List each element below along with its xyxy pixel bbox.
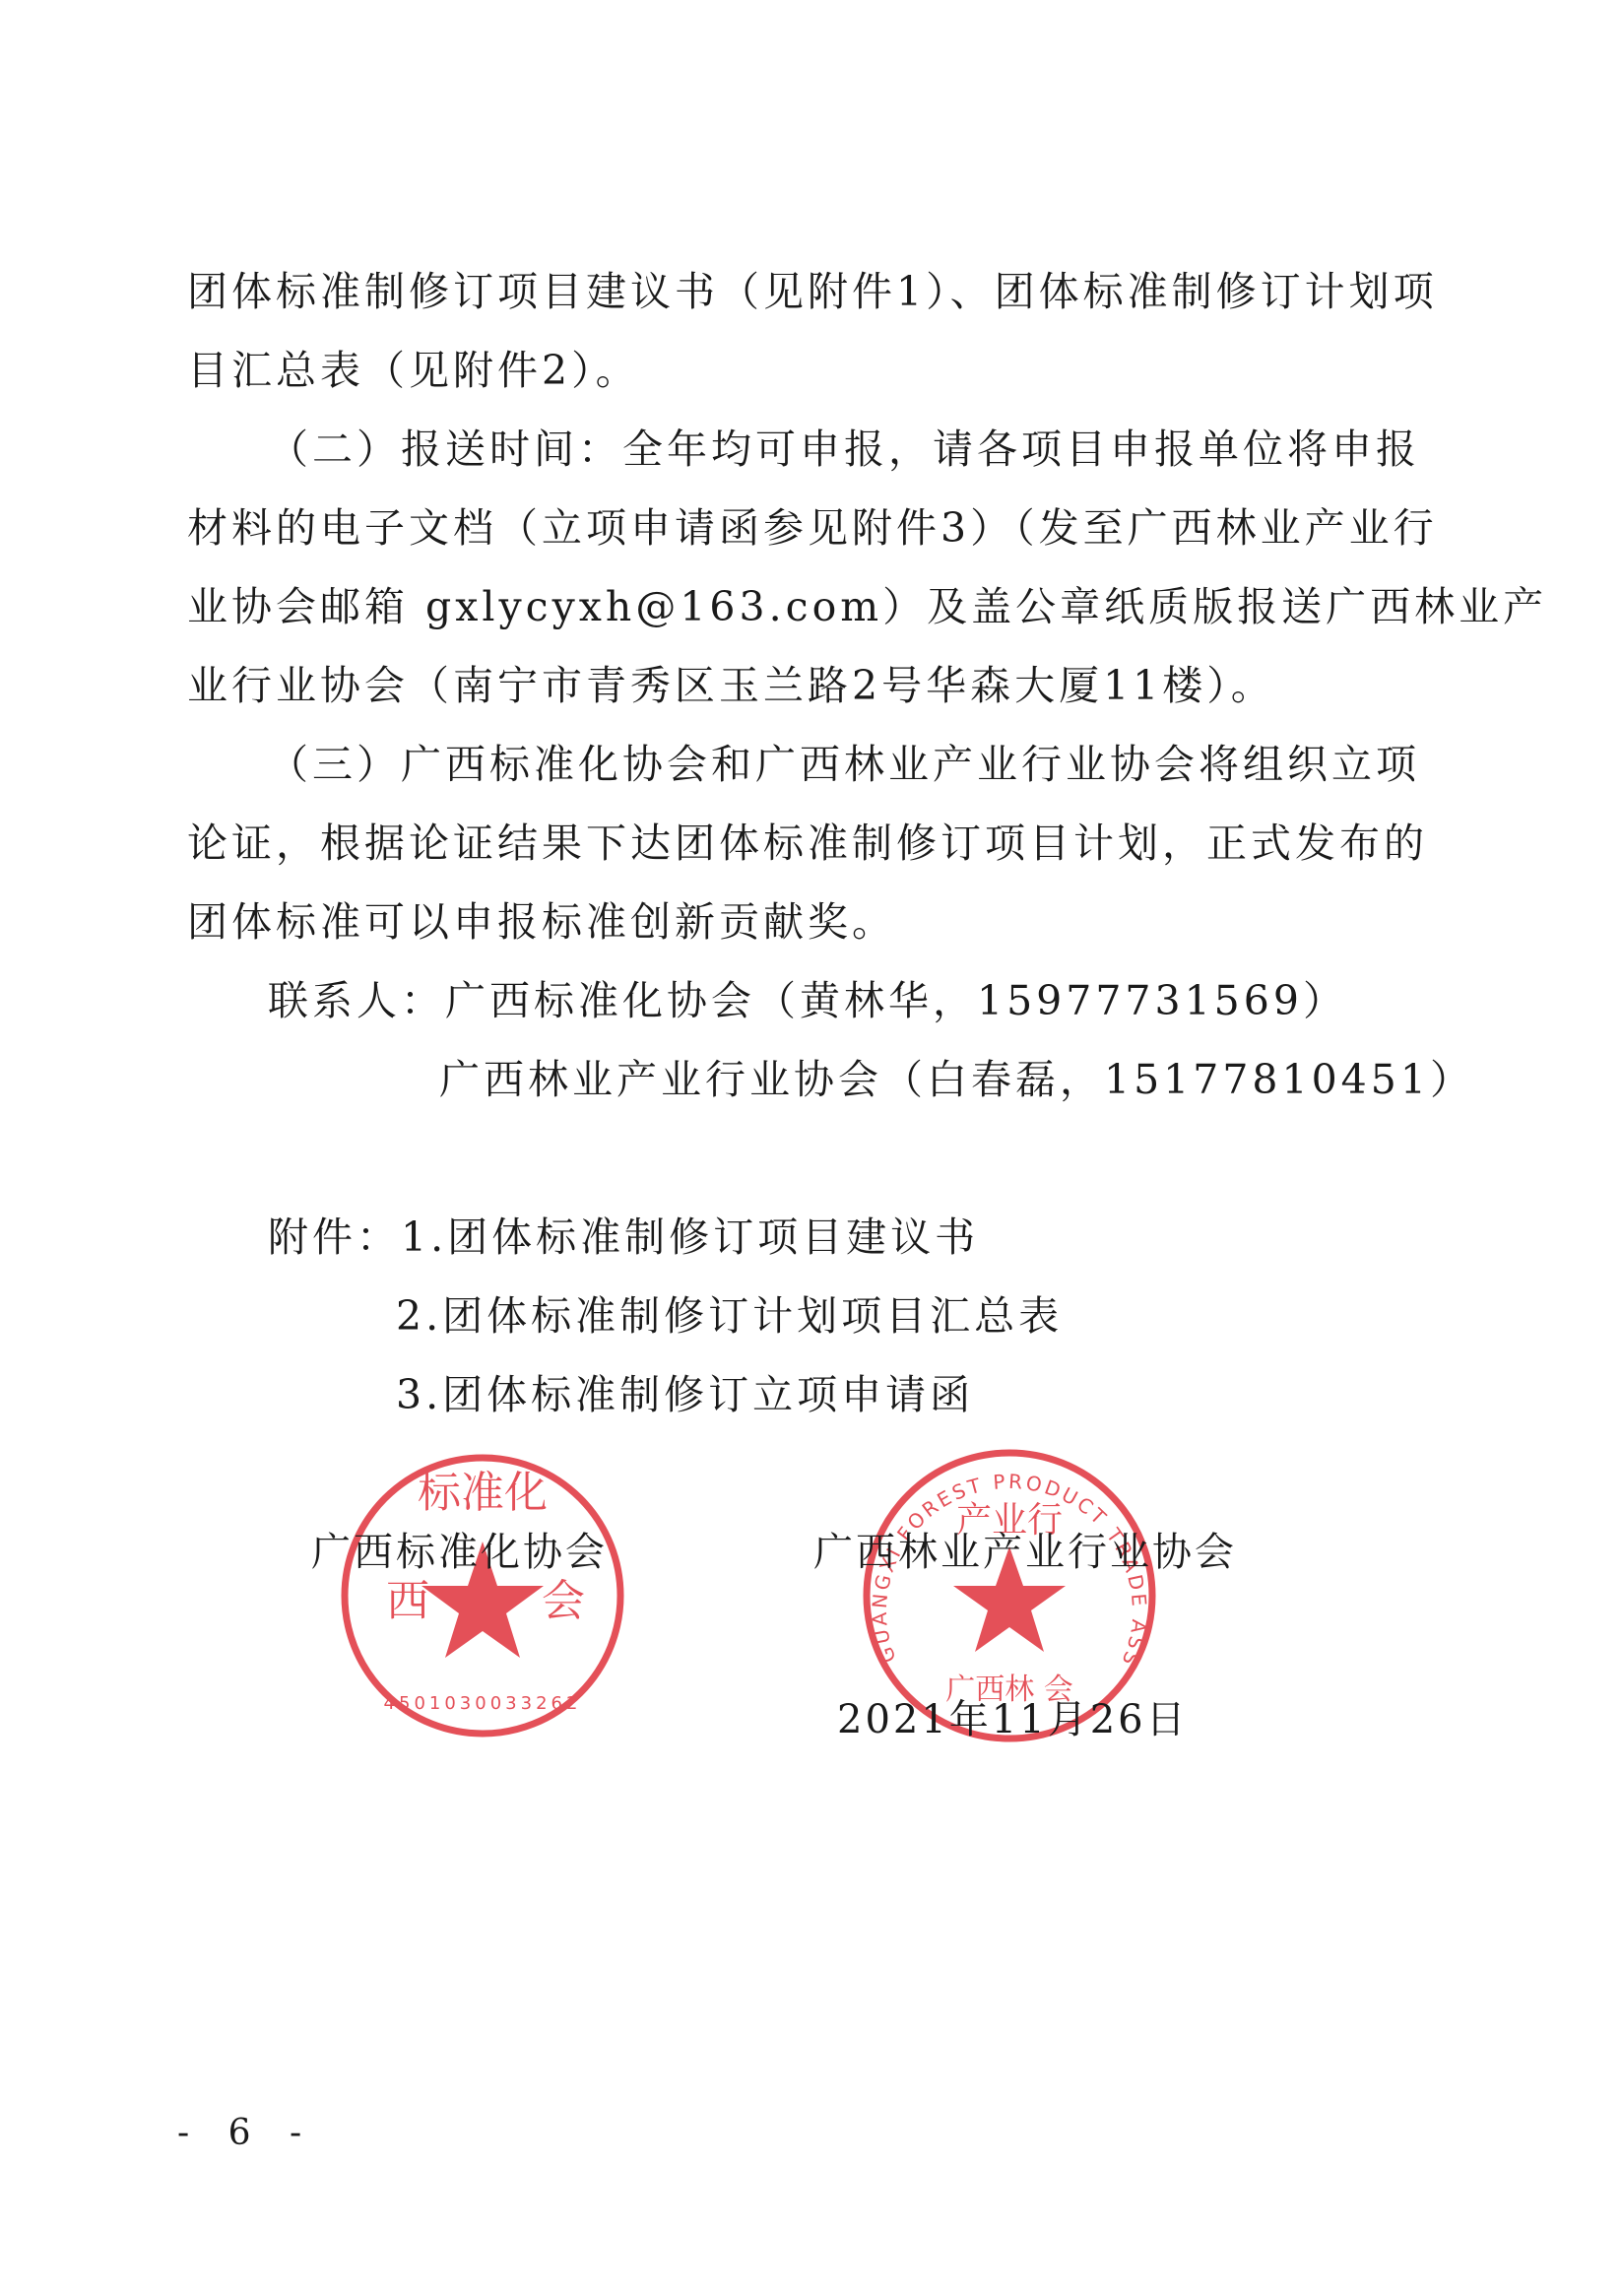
svg-text:4501030033262: 4501030033262 [384,1693,582,1714]
attachment-item: 2.团体标准制修订计划项目汇总表 [396,1292,1063,1340]
signature-org-2: 广西林业产业行业协会 [813,1529,1237,1576]
paragraph-line: （三）广西标准化协会和广西林业产业行业协会将组织立项 [268,741,1420,788]
paragraph-line: （二）报送时间：全年均可申报，请各项目申报单位将申报 [268,426,1420,473]
paragraph-line: 材料的电子文档（立项申请函参见附件3）（发至广西林业产业行 [187,504,1438,552]
contacts-block: 联系人：广西标准化协会（黄林华，15977731569） [268,977,1347,1024]
contact-line-2: 广西林业产业行业协会（白春磊，15177810451） [439,1056,1474,1103]
paragraph-line: 目汇总表（见附件2）。 [187,347,640,394]
page-number: - 6 - [177,2113,315,2153]
contact-line-1: 广西标准化协会（黄林华，15977731569） [445,977,1347,1024]
official-seal-standardization-association: 标准化 西 会 4501030033262 [335,1448,630,1743]
svg-text:会: 会 [542,1576,585,1626]
paragraph-line: 论证，根据论证结果下达团体标准制修订项目计划，正式发布的 [187,820,1428,867]
attachments-label: 附件： [268,1214,401,1261]
paragraph-line: 团体标准制修订项目建议书（见附件1）、团体标准制修订计划项 [187,268,1438,315]
svg-text:标准化: 标准化 [418,1468,548,1518]
signature-org-1: 广西标准化协会 [311,1529,608,1576]
attachment-item: 1.团体标准制修订项目建议书 [401,1214,979,1261]
svg-text:西: 西 [386,1576,429,1626]
paragraph-line: 业行业协会（南宁市青秀区玉兰路2号华森大厦11楼）。 [187,662,1275,709]
signature-date: 2021年11月26日 [837,1696,1189,1743]
attachment-item: 3.团体标准制修订立项申请函 [396,1371,974,1418]
paragraph-line: 业协会邮箱 gxlycyxh@163.com）及盖公章纸质版报送广西林业产 [187,583,1547,630]
attachments-block: 附件：1.团体标准制修订项目建议书 [268,1214,979,1261]
contacts-label: 联系人： [268,977,445,1024]
paragraph-line: 团体标准可以申报标准创新贡献奖。 [187,898,896,946]
